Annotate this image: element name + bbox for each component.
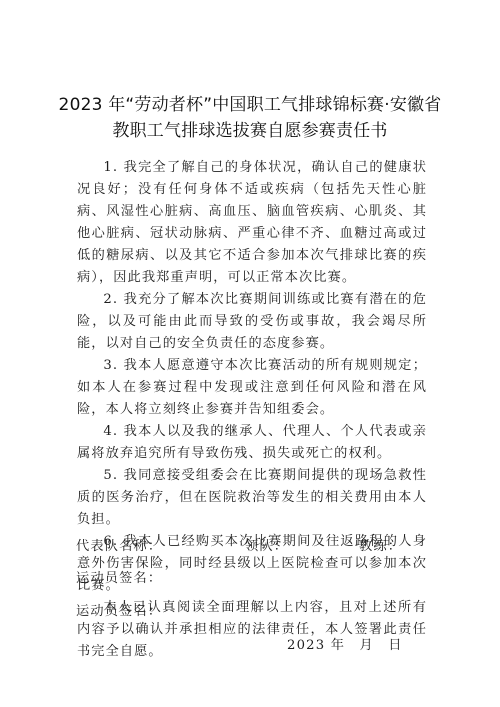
- clause-4: 4. 我本人以及我的继承人、代理人、个人代表或亲属将放弃追究所有导致伤残、损失或…: [77, 421, 427, 465]
- team-name-label: 代表队名称：: [76, 535, 162, 554]
- clause-3: 3. 我本人愿意遵守本次比赛活动的所有规则规定；如本人在参赛过程中发现或注意到任…: [77, 355, 427, 421]
- athlete-signature-label-2: 运动员签名：: [76, 600, 162, 619]
- clause-1: 1. 我完全了解自己的身体状况，确认自己的健康状况良好；没有任何身体不适或疾病（…: [77, 157, 427, 289]
- date-line: 2023 年 月 日: [287, 634, 403, 653]
- clause-5: 5. 我同意接受组委会在比赛期间提供的现场急救性质的医务治疗，但在医院救治等发生…: [77, 465, 427, 531]
- clause-2: 2. 我充分了解本次比赛期间训练或比赛有潜在的危险，以及可能由此而导致的受伤或事…: [77, 289, 427, 355]
- athlete-signature-label-1: 运动员签名：: [76, 567, 162, 586]
- coach-label: 教练：: [359, 535, 402, 554]
- document-title-line-2: 教职工气排球选拔赛自愿参赛责任书: [0, 116, 500, 141]
- document-body: 1. 我完全了解自己的身体状况，确认自己的健康状况良好；没有任何身体不适或疾病（…: [77, 157, 427, 663]
- document-page: 2023 年“劳动者杯”中国职工气排球锦标赛·安徽省 教职工气排球选拔赛自愿参赛…: [0, 0, 500, 707]
- document-title-line-1: 2023 年“劳动者杯”中国职工气排球锦标赛·安徽省: [0, 90, 500, 115]
- leader-label: 领队：: [245, 535, 288, 554]
